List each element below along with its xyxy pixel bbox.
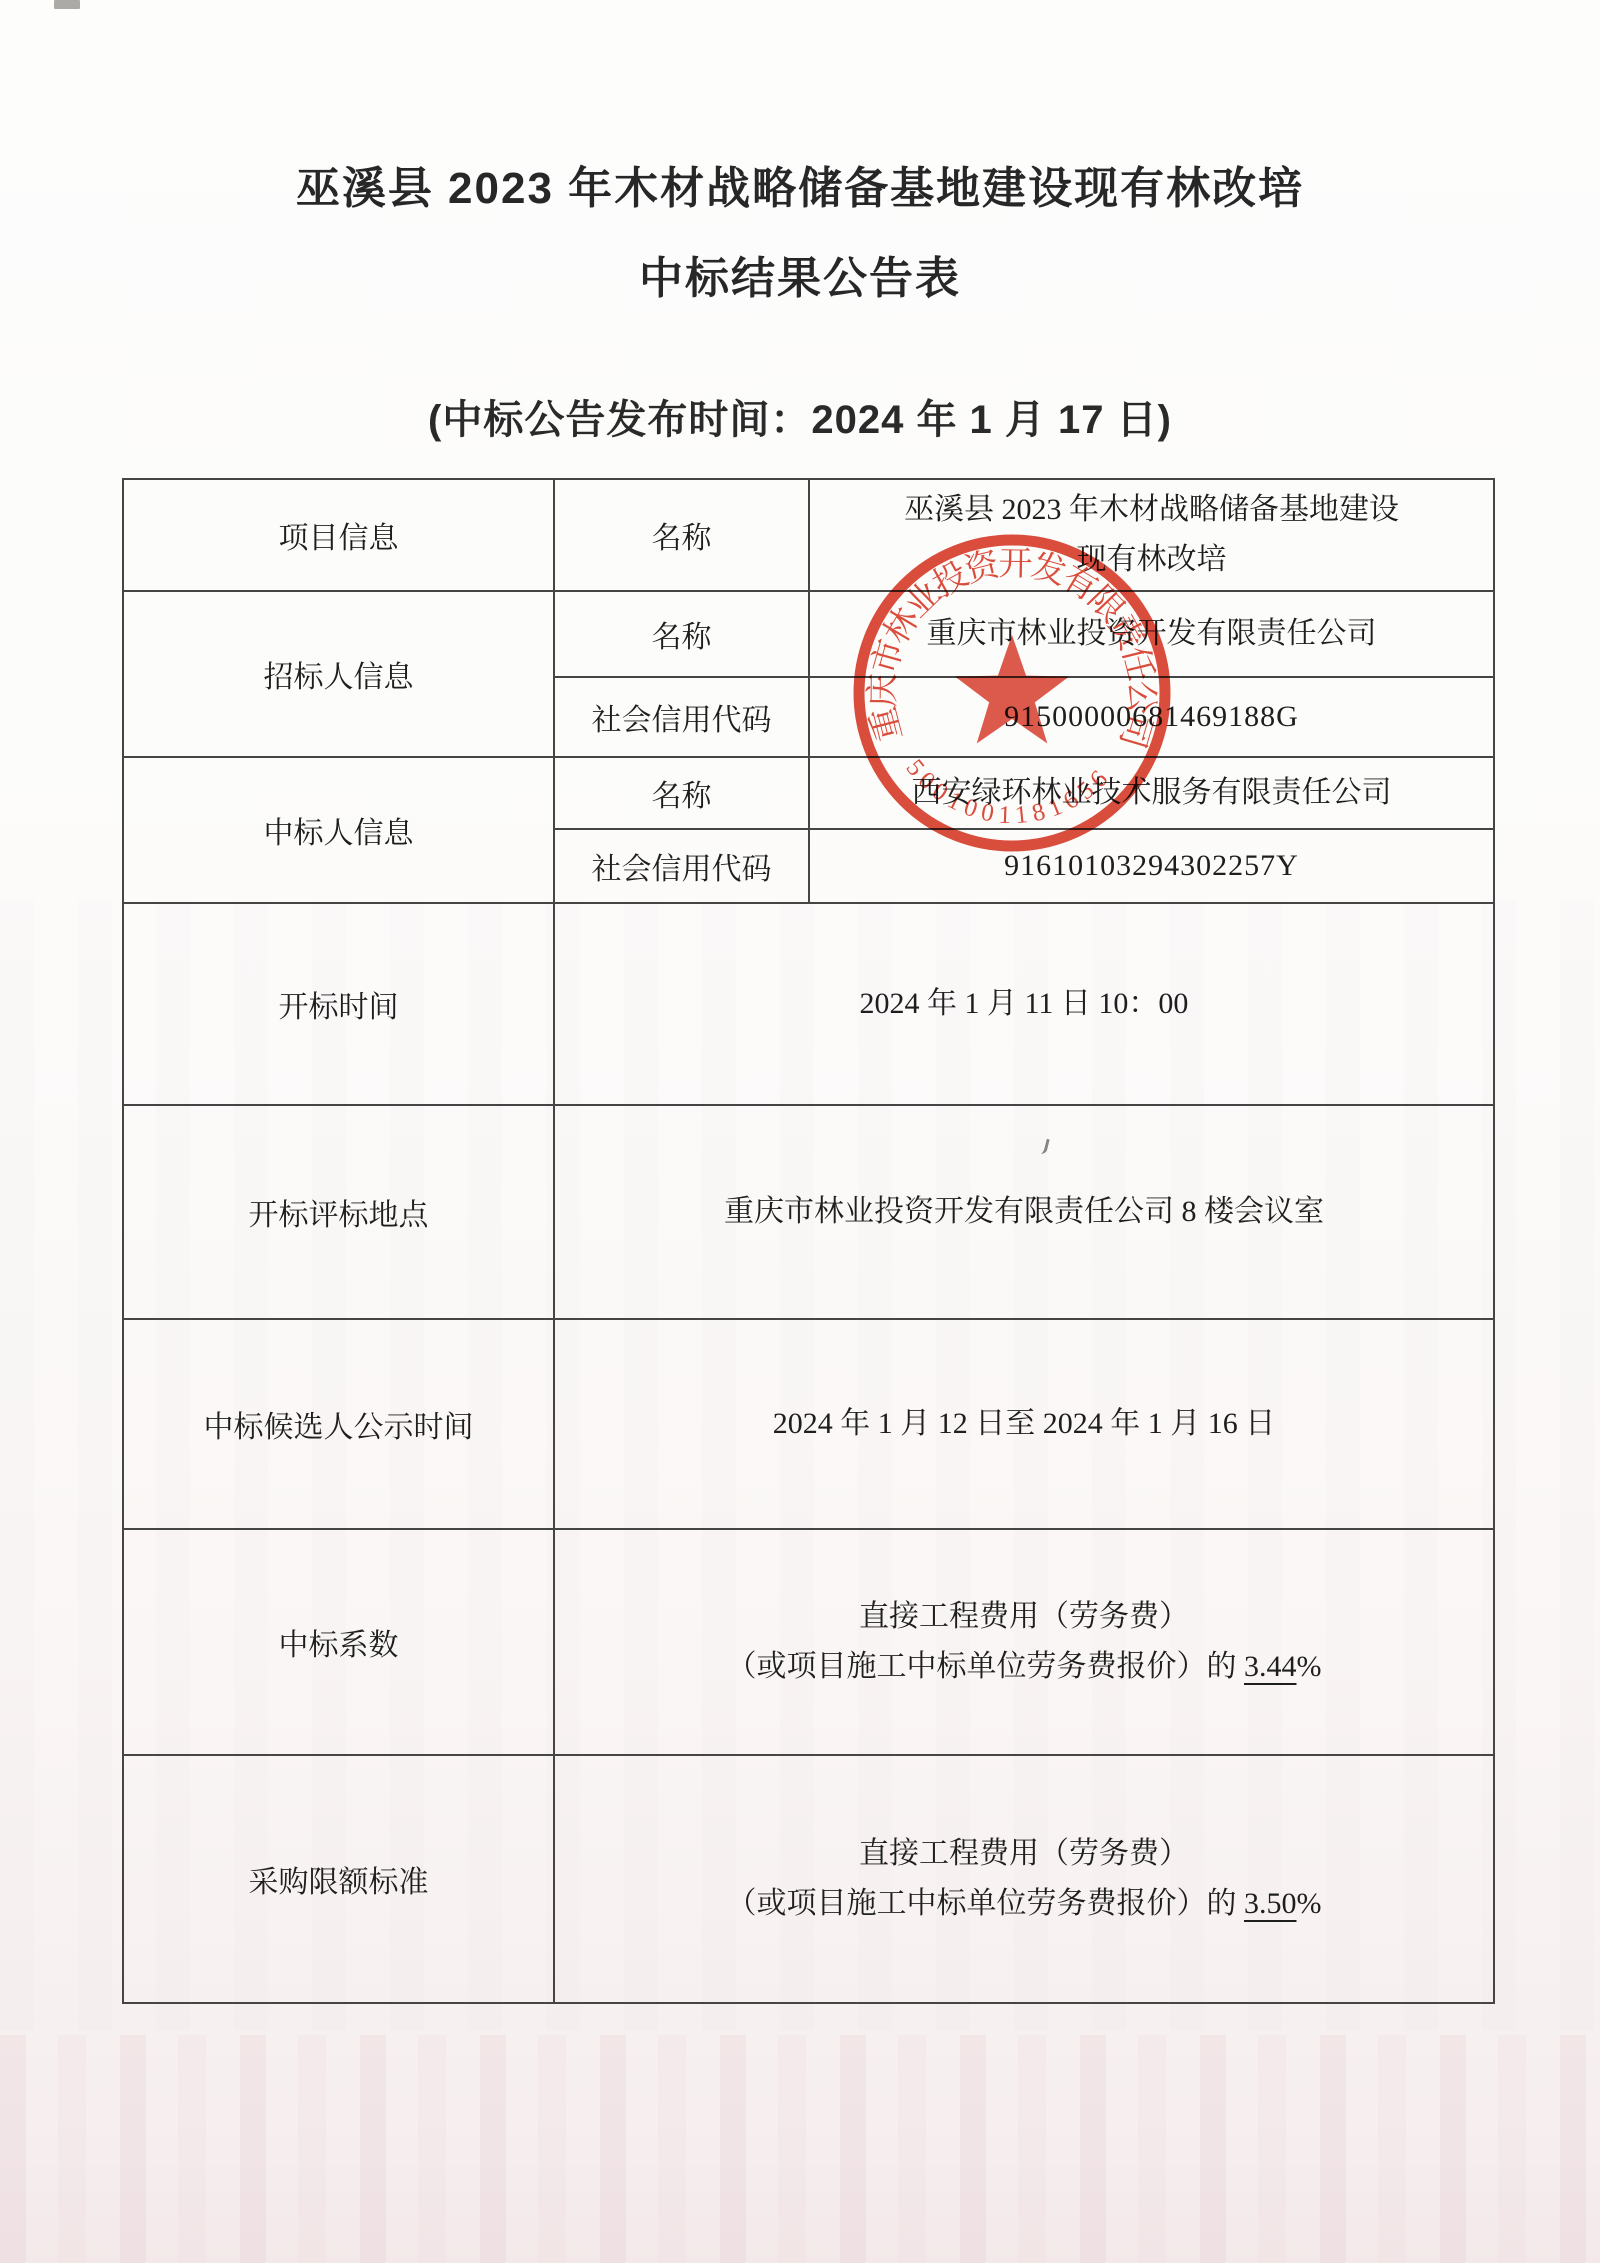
scan-texture-bottom [0, 2035, 1600, 2263]
document-title-line1: 巫溪县 2023 年木材战略储备基地建设现有林改培 [0, 152, 1600, 216]
cell-winner-name-value: 西安绿环林业技术服务有限责任公司 [809, 757, 1494, 829]
cell-project-info-label: 项目信息 [123, 479, 554, 591]
cell-tenderer-credit-code-value: 91500000681469188G [809, 677, 1494, 757]
cell-candidate-publicity-period-label: 中标候选人公示时间 [123, 1319, 554, 1529]
cell-credit-code-field-label: 社会信用代码 [554, 677, 809, 757]
cell-winning-coefficient-label: 中标系数 [123, 1529, 554, 1755]
cell-bid-opening-time-value: 2024 年 1 月 11 日 10：00 [554, 903, 1494, 1105]
procurement-limit-line2: （或项目施工中标单位劳务费报价）的 3.50% [561, 1879, 1487, 1929]
cell-name-field-label: 名称 [554, 757, 809, 829]
coefficient-percent-value: 3.44 [1244, 1650, 1297, 1683]
publish-date-line: (中标公告发布时间：2024 年 1 月 17 日) [0, 388, 1600, 445]
table-row: 中标候选人公示时间 2024 年 1 月 12 日至 2024 年 1 月 16… [123, 1319, 1494, 1529]
cell-credit-code-field-label: 社会信用代码 [554, 829, 809, 903]
procurement-limit-line1: 直接工程费用（劳务费） [561, 1829, 1487, 1879]
table-row: 项目信息 名称 巫溪县 2023 年木材战略储备基地建设 现有林改培 [123, 479, 1494, 591]
table-row: 招标人信息 名称 重庆市林业投资开发有限责任公司 [123, 591, 1494, 677]
cell-winner-credit-code-value: 91610103294302257Y [809, 829, 1494, 903]
percent-sign: % [1297, 1887, 1322, 1920]
cell-tenderer-name-value: 重庆市林业投资开发有限责任公司 [809, 591, 1494, 677]
cell-bid-opening-time-label: 开标时间 [123, 903, 554, 1105]
cell-name-field-label: 名称 [554, 479, 809, 591]
table-row: 中标人信息 名称 西安绿环林业技术服务有限责任公司 [123, 757, 1494, 829]
table-row: 中标系数 直接工程费用（劳务费） （或项目施工中标单位劳务费报价）的 3.44% [123, 1529, 1494, 1755]
table-row: 采购限额标准 直接工程费用（劳务费） （或项目施工中标单位劳务费报价）的 3.5… [123, 1755, 1494, 2003]
project-name-line2: 现有林改培 [816, 535, 1487, 585]
limit-prefix: （或项目施工中标单位劳务费报价）的 [727, 1887, 1245, 1920]
cell-name-field-label: 名称 [554, 591, 809, 677]
bid-result-table: 项目信息 名称 巫溪县 2023 年木材战略储备基地建设 现有林改培 招标人信息… [122, 478, 1495, 2004]
project-name-line1: 巫溪县 2023 年木材战略储备基地建设 [816, 485, 1487, 535]
cell-bid-opening-place-value: 重庆市林业投资开发有限责任公司 8 楼会议室 [554, 1105, 1494, 1319]
cell-tenderer-info-label: 招标人信息 [123, 591, 554, 757]
cell-procurement-limit-label: 采购限额标准 [123, 1755, 554, 2003]
winning-coefficient-line1: 直接工程费用（劳务费） [561, 1592, 1487, 1642]
table-row: 开标时间 2024 年 1 月 11 日 10：00 [123, 903, 1494, 1105]
percent-sign: % [1297, 1650, 1322, 1683]
cell-winning-coefficient-value: 直接工程费用（劳务费） （或项目施工中标单位劳务费报价）的 3.44% [554, 1529, 1494, 1755]
cell-candidate-publicity-period-value: 2024 年 1 月 12 日至 2024 年 1 月 16 日 [554, 1319, 1494, 1529]
scan-artifact [54, 0, 80, 9]
scanned-document-page: 巫溪县 2023 年木材战略储备基地建设现有林改培 中标结果公告表 (中标公告发… [0, 0, 1600, 2263]
cell-winner-info-label: 中标人信息 [123, 757, 554, 903]
document-title-line2: 中标结果公告表 [0, 242, 1600, 306]
winning-coefficient-line2: （或项目施工中标单位劳务费报价）的 3.44% [561, 1642, 1487, 1692]
table-row: 开标评标地点 重庆市林业投资开发有限责任公司 8 楼会议室 [123, 1105, 1494, 1319]
cell-project-name-value: 巫溪县 2023 年木材战略储备基地建设 现有林改培 [809, 479, 1494, 591]
limit-percent-value: 3.50 [1244, 1887, 1297, 1920]
cell-procurement-limit-value: 直接工程费用（劳务费） （或项目施工中标单位劳务费报价）的 3.50% [554, 1755, 1494, 2003]
cell-bid-opening-place-label: 开标评标地点 [123, 1105, 554, 1319]
coefficient-prefix: （或项目施工中标单位劳务费报价）的 [727, 1650, 1245, 1683]
